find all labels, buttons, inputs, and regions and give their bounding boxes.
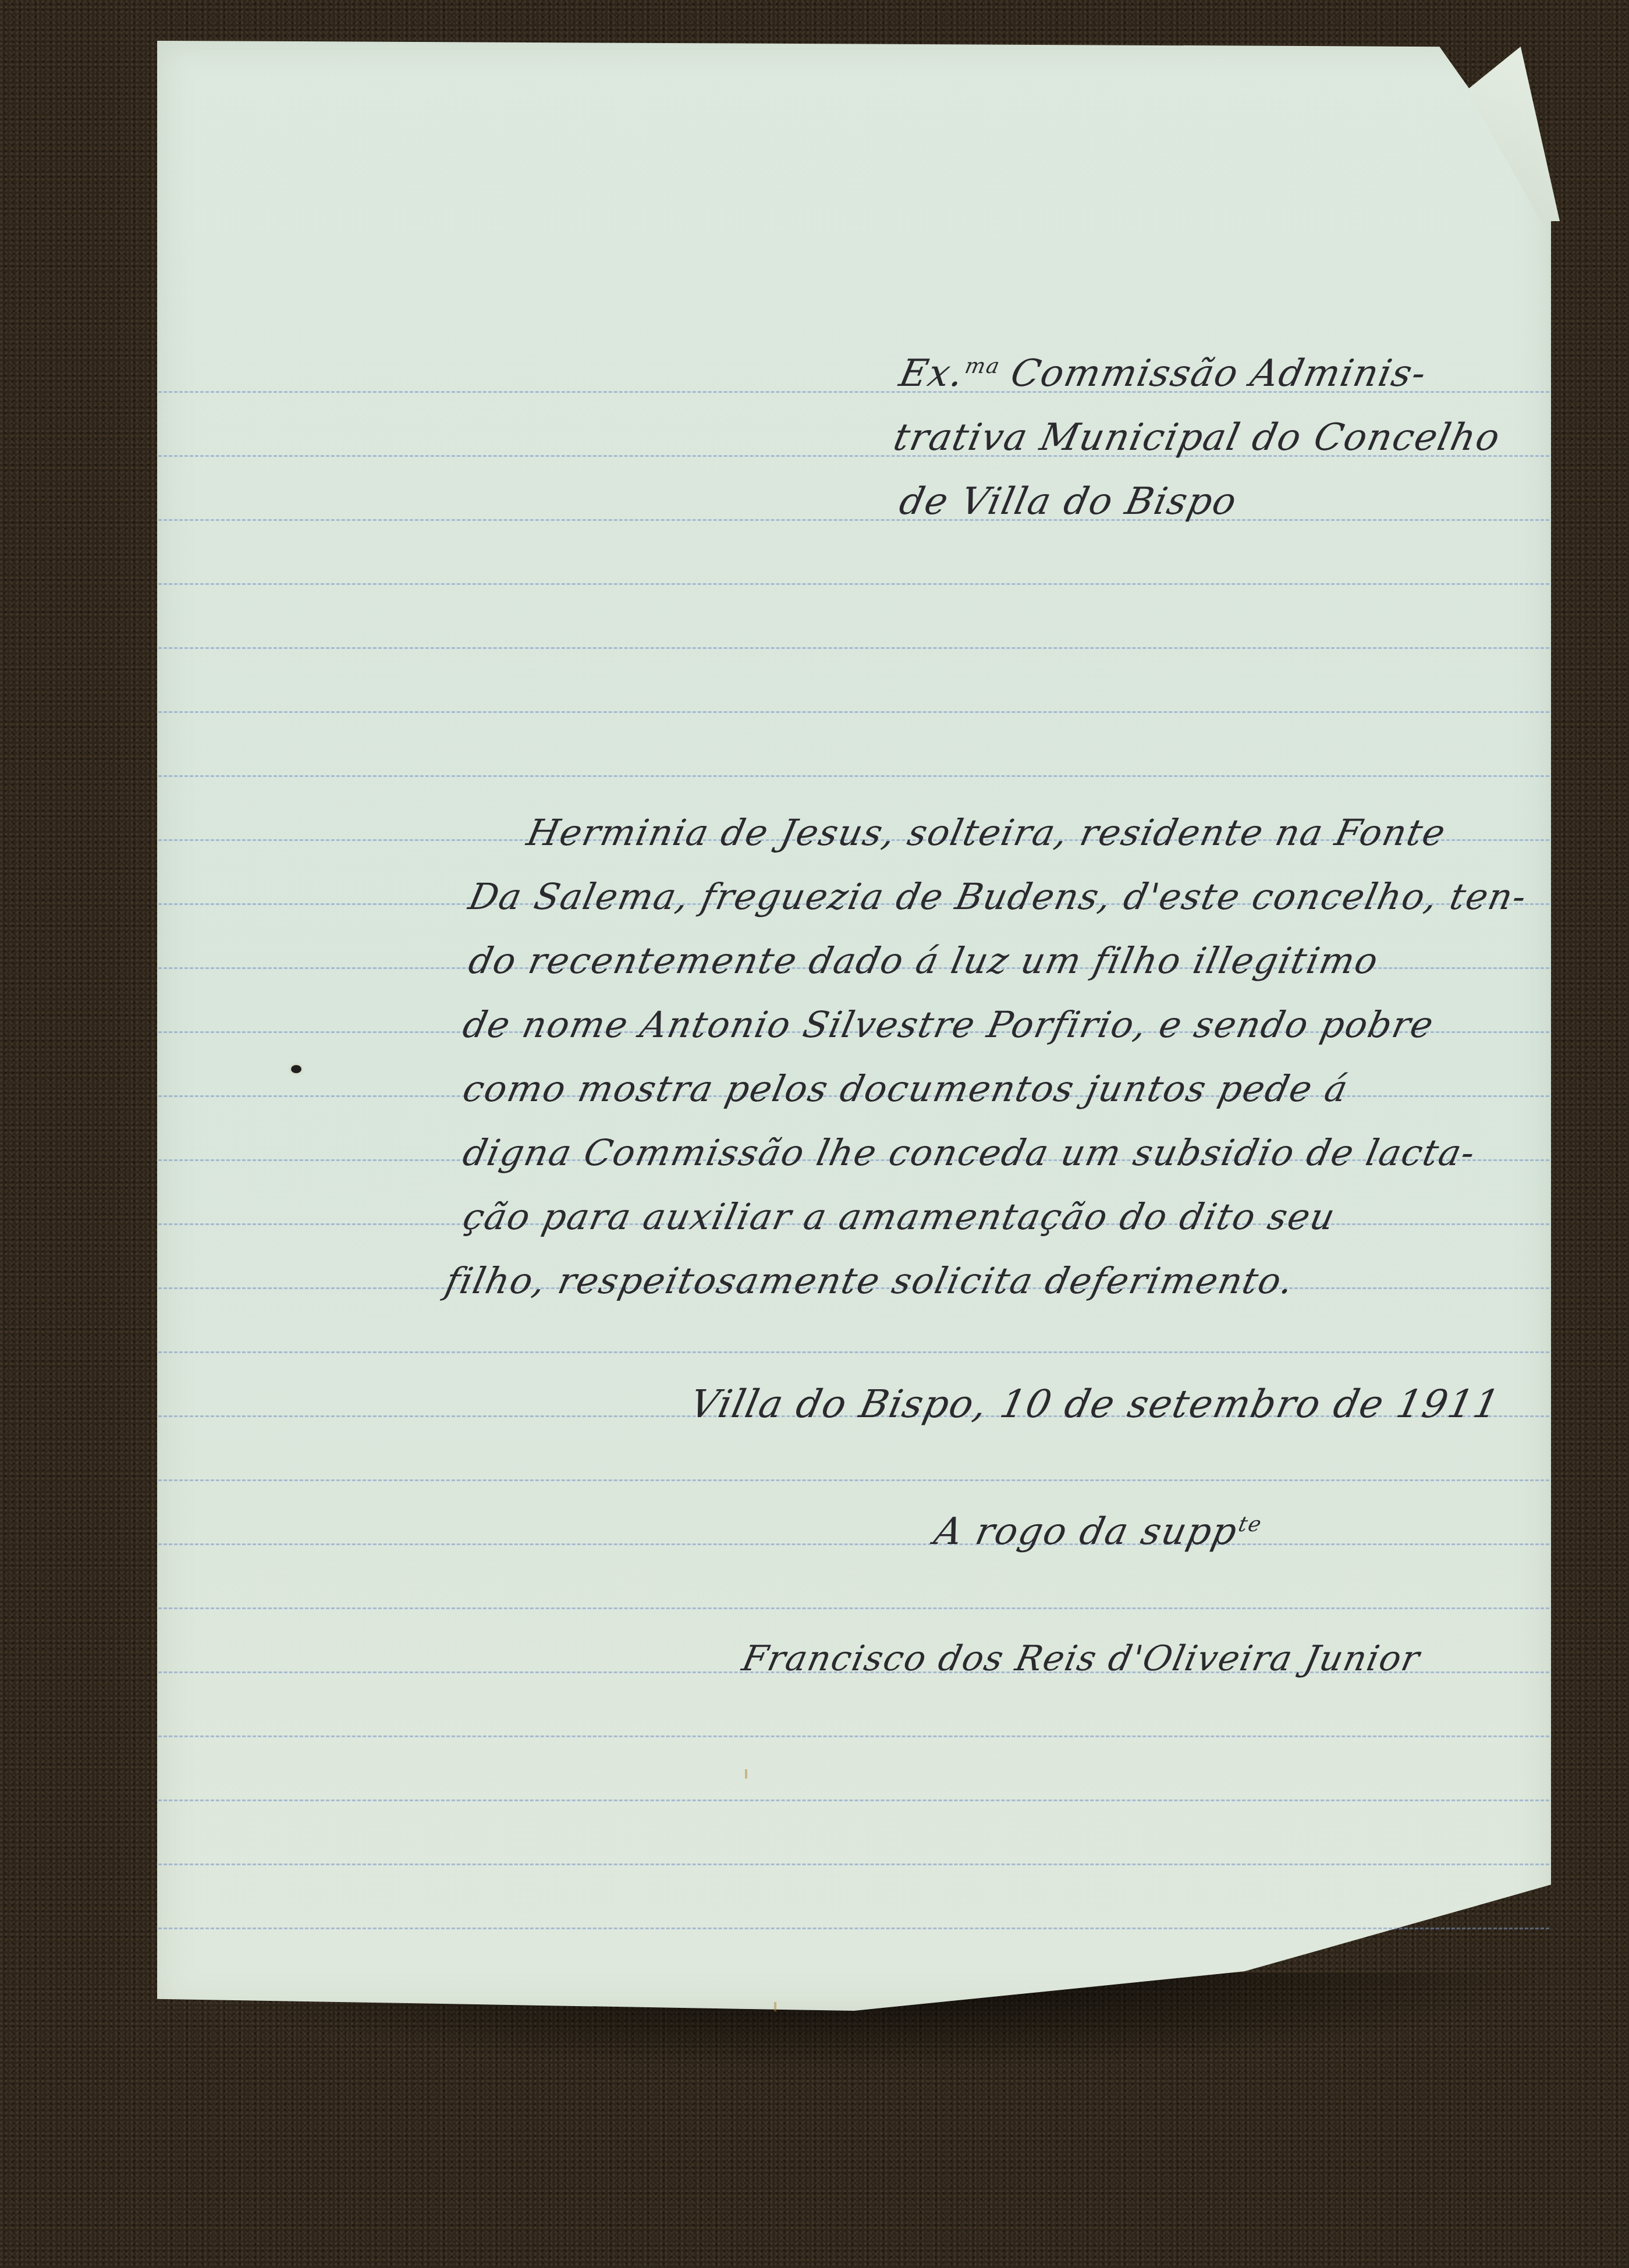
body-line-6: digna Commissão lhe conceda um subsidio …	[460, 1135, 1479, 1171]
closing-text: A rogo da supp	[931, 1510, 1242, 1553]
dateline: Villa do Bispo, 10 de setembro de 1911	[687, 1385, 1504, 1424]
body-line-2: Da Salema, freguezia de Budens, d'este c…	[466, 879, 1531, 915]
body-line-5: como mostra pelos documentos juntos pede…	[460, 1071, 1351, 1107]
rule-line	[158, 775, 1549, 777]
rule-line	[158, 1800, 1549, 1801]
rule-line	[158, 519, 1549, 521]
address-line-2: trativa Municipal do Concelho	[890, 419, 1504, 456]
address-commission: Commissão Adminis-	[994, 352, 1431, 395]
pin-hole-mark	[291, 1065, 301, 1073]
rule-line	[158, 1351, 1549, 1353]
address-salutation: Ex.	[896, 352, 968, 395]
address-salutation-sup: ma	[963, 354, 1002, 378]
rule-line	[158, 1479, 1549, 1481]
closing-line: A rogo da suppte	[931, 1513, 1264, 1550]
body-line-3: do recentemente dado á luz um filho ille…	[466, 943, 1382, 979]
address-line-3: de Villa do Bispo	[896, 483, 1240, 520]
rule-line	[158, 1928, 1549, 1929]
rule-line	[158, 1735, 1549, 1737]
body-line-4: de nome Antonio Silvestre Porfirio, e se…	[460, 1007, 1438, 1043]
body-line-8: filho, respeitosamente solicita deferime…	[442, 1263, 1297, 1299]
rule-line	[158, 583, 1549, 585]
body-line-7: ção para auxiliar a amamentação do dito …	[460, 1199, 1339, 1235]
foxing-spot	[745, 1769, 747, 1779]
address-line-1: Ex.ma Commissão Adminis-	[896, 355, 1430, 392]
rule-line	[158, 1864, 1549, 1865]
rule-line	[158, 1607, 1549, 1609]
body-line-1: Herminia de Jesus, solteira, residente n…	[524, 815, 1449, 851]
foxing-spot	[774, 2002, 776, 2011]
rule-line	[158, 647, 1549, 649]
rule-line	[158, 711, 1549, 713]
signature: Francisco dos Reis d'Oliveira Junior	[739, 1641, 1424, 1676]
rule-line	[158, 1543, 1549, 1545]
